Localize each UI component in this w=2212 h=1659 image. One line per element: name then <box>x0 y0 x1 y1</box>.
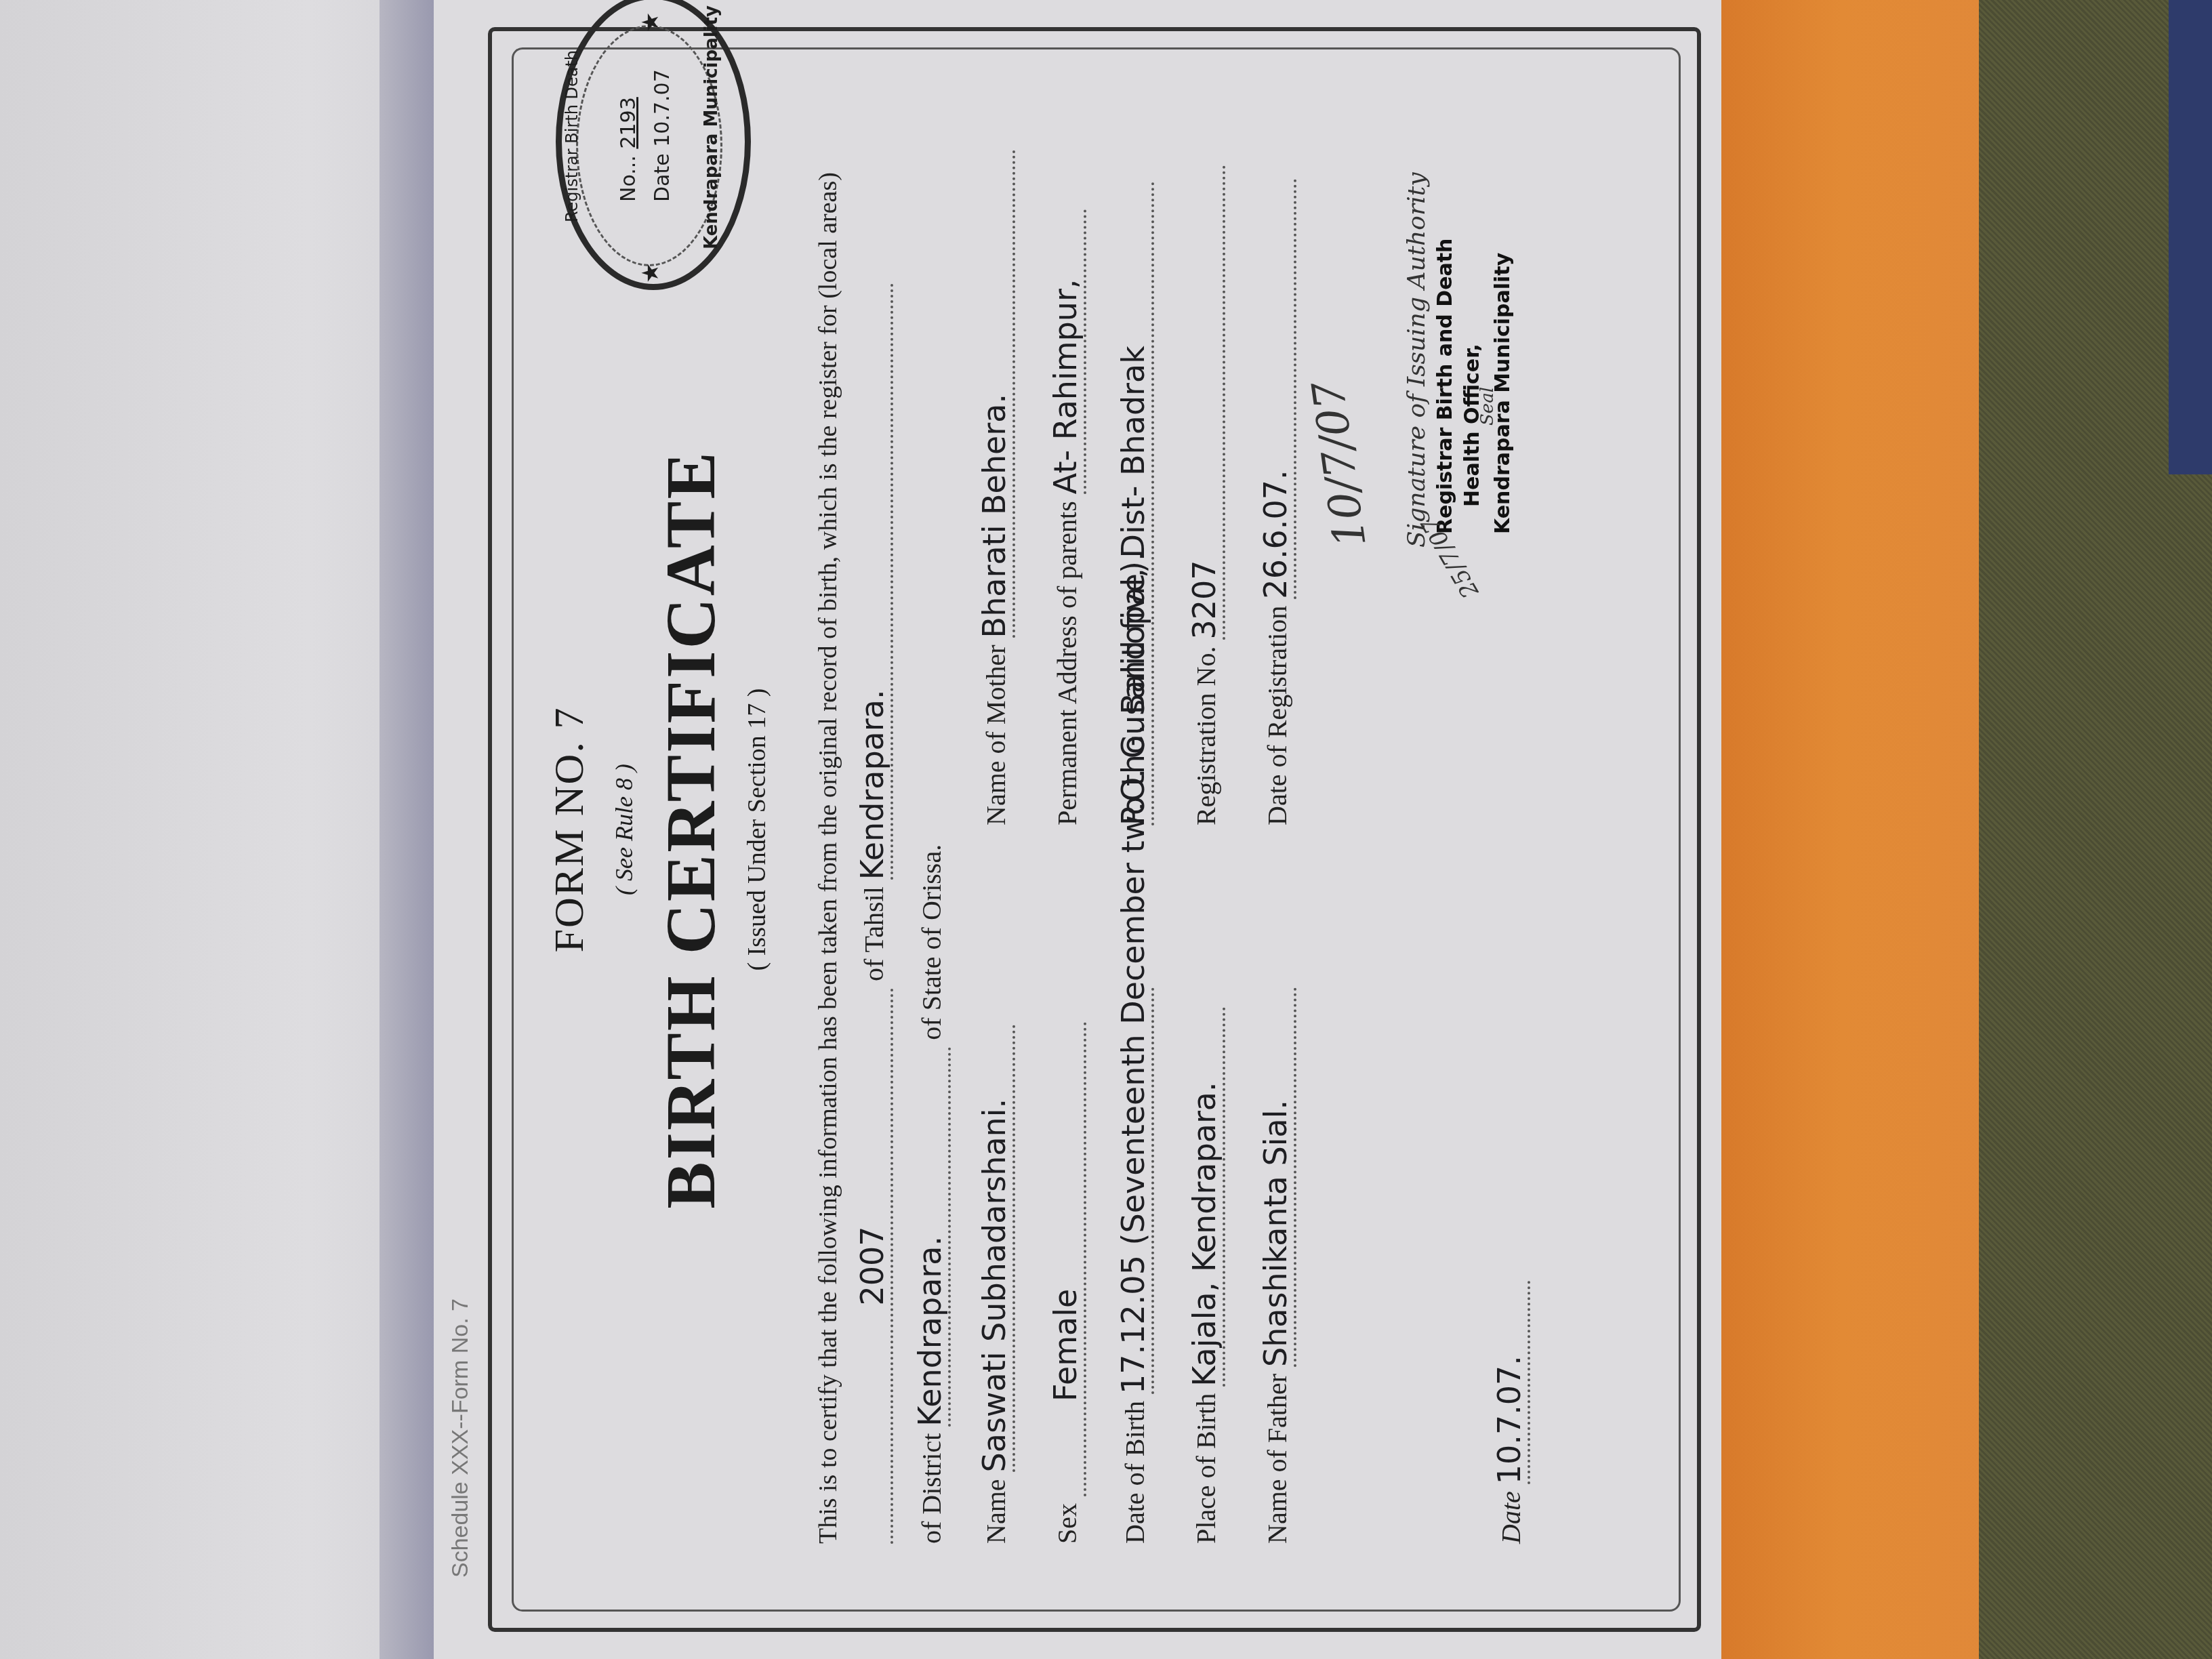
field-issue-date: Date 10.7.07. <box>1491 1281 1530 1544</box>
of-tahsil-label: of Tahsil <box>859 886 889 981</box>
stamp-bottom-text: Kendrapara Municipality <box>701 5 722 249</box>
tahsil-value: Kendrapara. <box>854 283 893 880</box>
registrar-stamp-inner-ring <box>576 25 722 266</box>
certify-year-line: 2007 of Tahsil Kendrapara. <box>854 283 893 1544</box>
field-father: Name of Father Shashikanta Sial. <box>1257 987 1296 1544</box>
field-address: Permanent Address of parents At- Rahimpu… <box>1047 209 1086 825</box>
field-registration-no: Registration No. 3207 <box>1186 165 1225 825</box>
birth-certificate: Schedule XXX--Form No. 7 FORM NO. 7 ( Se… <box>434 0 1721 1659</box>
place-of-birth-value: Kajala, Kendrapara. <box>1186 1007 1225 1387</box>
stamp-date: Date 10.7.07 <box>651 69 674 202</box>
registration-date-value: 26.6.07. <box>1257 179 1296 599</box>
background-blue-object <box>2169 0 2212 474</box>
stamp-number: No... 2193 <box>617 97 640 202</box>
address-line2: P.O. G. Balitopal, Dist- Bhadrak <box>1115 182 1154 825</box>
certify-text: This is to certify that the following in… <box>813 172 843 1544</box>
field-sex: Sex Female <box>1047 1022 1086 1544</box>
stamp-star-icon: ★ <box>637 12 664 33</box>
dob-value: 17.12.05 (Seventeenth December two thous… <box>1115 987 1154 1394</box>
field-registration-date: Date of Registration 26.6.07. <box>1257 179 1296 825</box>
certify-year: 2007 <box>854 988 893 1544</box>
issued-under: ( Issued Under Section 17 ) <box>742 0 772 1659</box>
sex-value: Female <box>1047 1022 1086 1496</box>
authority-line-1: Registrar Birth and Death <box>1433 239 1457 534</box>
district-line: of District Kendrapara. of State of Oris… <box>912 844 951 1544</box>
name-value: Saswati Subhadarshani. <box>976 1025 1015 1472</box>
field-date-of-birth: Date of Birth 17.12.05 (Seventeenth Dece… <box>1115 987 1154 1544</box>
stamp-top-text: Registrar Birth Death <box>562 50 581 222</box>
issue-date-value: 10.7.07. <box>1491 1281 1530 1484</box>
father-value: Shashikanta Sial. <box>1257 987 1296 1367</box>
authority-line-3: Kendrapara Municipality <box>1491 253 1515 534</box>
mother-value: Bharati Behera. <box>976 150 1015 638</box>
signature-caption: Signature of Issuing Authority <box>1403 173 1431 548</box>
schedule-header: Schedule XXX--Form No. 7 <box>447 1298 474 1578</box>
registration-no-value: 3207 <box>1186 165 1225 640</box>
field-place-of-birth: Place of Birth Kajala, Kendrapara. <box>1186 1007 1225 1544</box>
field-mother: Name of Mother Bharati Behera. <box>976 150 1015 825</box>
field-address-cont: P.O. G. Balitopal, Dist- Bhadrak <box>1115 182 1154 825</box>
field-name: Name Saswati Subhadarshani. <box>976 1025 1015 1544</box>
district-value: Kendrapara. <box>912 1047 951 1427</box>
of-district-label: of District <box>916 1433 947 1544</box>
stamp-star-icon: ★ <box>637 263 664 283</box>
address-line1: At- Rahimpur, <box>1047 209 1086 494</box>
state-label: of State of Orissa. <box>916 844 947 1040</box>
